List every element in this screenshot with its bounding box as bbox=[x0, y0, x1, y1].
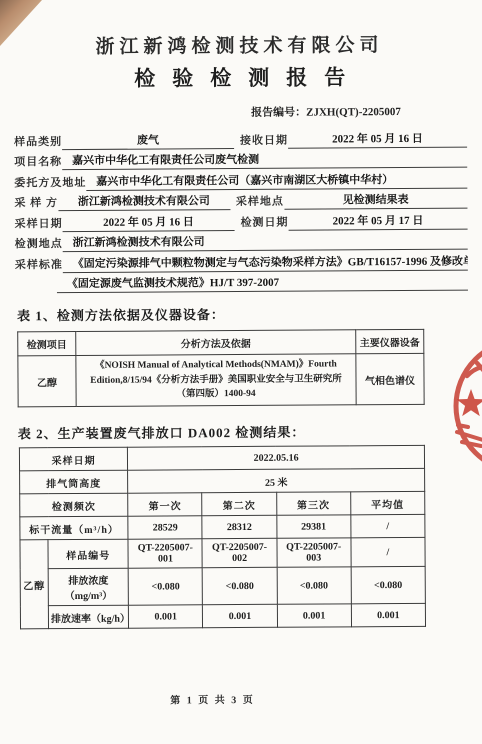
field-label: 采样地点 bbox=[236, 193, 284, 210]
sample-id-avg: / bbox=[351, 538, 425, 567]
table2-flow-row: 标干流量（m³/h） 28529 28312 29381 / bbox=[20, 515, 425, 540]
field-sampling-standard: 采样标准 《固定污染源排气中颗粒物测定与气态污染物采样方法》GB/T16157-… bbox=[15, 250, 468, 273]
concentration-avg: <0.080 bbox=[351, 567, 425, 604]
frequency-label: 检测频次 bbox=[20, 493, 128, 517]
flow-value-1: 28529 bbox=[128, 516, 202, 539]
concentration-label: 排放浓度（mg/m³） bbox=[48, 568, 128, 605]
rate-2: 0.001 bbox=[203, 604, 277, 627]
stack-height-label: 排气筒高度 bbox=[20, 470, 128, 494]
flow-value-2: 28312 bbox=[202, 515, 276, 538]
rate-label: 排放速率（kg/h） bbox=[48, 605, 128, 628]
table2-concentration-row: 排放浓度（mg/m³） <0.080 <0.080 <0.080 <0.080 bbox=[20, 567, 425, 606]
analyte-item-cell: 乙醇 bbox=[20, 540, 49, 629]
table1-header-item: 检测项目 bbox=[18, 332, 76, 356]
report-number-label: 报告编号： bbox=[251, 107, 306, 119]
field-value: 嘉兴市中华化工有限责任公司（嘉兴市南湖区大桥镇中华村） bbox=[86, 170, 467, 190]
field-testing-location: 检测地点 浙江新鸿检测技术有限公司 bbox=[15, 229, 468, 252]
table2-frequency-row: 检测频次 第一次 第二次 第三次 平均值 bbox=[20, 492, 425, 517]
field-sampling-date: 采样日期 2022 年 05 月 16 日 检测日期 2022 年 05 月 1… bbox=[14, 209, 467, 232]
field-value: 废气 bbox=[62, 131, 234, 150]
company-name: 浙江新鸿检测技术有限公司 bbox=[0, 30, 481, 60]
table1-header-instrument: 主要仪器设备 bbox=[356, 329, 424, 353]
field-value: 2022 年 05 月 16 日 bbox=[288, 129, 467, 148]
table1-methods-instruments: 检测项目 分析方法及依据 主要仪器设备 乙醇 《NOISH Manual of … bbox=[17, 329, 424, 408]
page-footer: 第 1 页 共 3 页 bbox=[2, 690, 422, 708]
field-label: 采样日期 bbox=[14, 215, 62, 232]
table1-method-cell: 《NOISH Manual of Analytical Methods(NMAM… bbox=[76, 354, 356, 407]
report-number-line: 报告编号：ZJXH(QT)-2205007 bbox=[0, 103, 401, 121]
flow-label: 标干流量（m³/h） bbox=[20, 516, 128, 540]
field-label: 项目名称 bbox=[14, 153, 62, 170]
field-value: 2022 年 05 月 16 日 bbox=[62, 213, 234, 232]
table1-title: 表 1、检测方法依据及仪器设备： bbox=[17, 303, 482, 325]
table2-stack-height-row: 排气筒高度 25 米 bbox=[20, 469, 425, 494]
table2-results-da002: 采样日期 2022.05.16 排气筒高度 25 米 检测频次 第一次 第二次 … bbox=[19, 445, 426, 629]
rate-3: 0.001 bbox=[277, 604, 351, 627]
scanned-report-page: { "header": { "company": "浙江新鸿检测技术有限公司",… bbox=[0, 0, 482, 744]
concentration-3: <0.080 bbox=[277, 567, 351, 604]
report-number-value: ZJXH(QT)-2205007 bbox=[306, 106, 401, 119]
field-value: 见检测结果表 bbox=[284, 191, 468, 210]
frequency-col-3: 第三次 bbox=[276, 492, 350, 515]
field-label: 采 样 方 bbox=[14, 194, 58, 211]
field-sampling-standard-cont: 《固定源废气监测技术规范》HJ/T 397-2007 bbox=[15, 270, 468, 293]
flow-value-avg: / bbox=[351, 515, 425, 538]
sampling-date-label: 采样日期 bbox=[19, 447, 127, 471]
table2-sample-id-row: 乙醇 样品编号 QT-2205007-001 QT-2205007-002 QT… bbox=[20, 538, 425, 569]
field-value: 嘉兴市中华化工有限责任公司废气检测 bbox=[62, 150, 467, 170]
table2-title: 表 2、生产装置废气排放口 DA002 检测结果： bbox=[18, 421, 482, 443]
report-content: 浙江新鸿检测技术有限公司 检验检测报告 报告编号：ZJXH(QT)-220500… bbox=[0, 0, 482, 744]
table1-header-method: 分析方法及依据 bbox=[76, 330, 356, 356]
sample-id-2: QT-2205007-002 bbox=[202, 538, 276, 567]
rate-1: 0.001 bbox=[129, 605, 203, 628]
field-value: 《固定源废气监测技术规范》HJ/T 397-2007 bbox=[57, 273, 468, 294]
rate-avg: 0.001 bbox=[351, 604, 425, 627]
field-label: 样品类别 bbox=[14, 133, 62, 150]
field-label: 检测地点 bbox=[15, 235, 63, 252]
field-value: 浙江新鸿检测技术有限公司 bbox=[63, 232, 468, 252]
field-value: 2022 年 05 月 17 日 bbox=[288, 211, 467, 230]
field-value: 浙江新鸿检测技术有限公司 bbox=[58, 192, 230, 211]
report-title: 检验检测报告 bbox=[0, 61, 481, 94]
table2-rate-row: 排放速率（kg/h） 0.001 0.001 0.001 0.001 bbox=[20, 604, 425, 629]
flow-value-3: 29381 bbox=[276, 515, 350, 538]
table1-item-cell: 乙醇 bbox=[18, 356, 76, 408]
concentration-2: <0.080 bbox=[203, 567, 277, 604]
stack-height-value: 25 米 bbox=[128, 469, 425, 494]
table1-header-row: 检测项目 分析方法及依据 主要仪器设备 bbox=[18, 329, 424, 355]
field-project-name: 项目名称 嘉兴市中华化工有限责任公司废气检测 bbox=[14, 147, 467, 170]
field-label: 委托方及地址 bbox=[14, 173, 86, 190]
table1-instrument-cell: 气相色谱仪 bbox=[356, 353, 424, 405]
header-fields: 样品类别 废气 接收日期 2022 年 05 月 16 日 项目名称 嘉兴市中华… bbox=[14, 127, 468, 294]
frequency-col-1: 第一次 bbox=[128, 493, 202, 516]
field-label: 采样标准 bbox=[15, 256, 63, 273]
sample-id-1: QT-2205007-001 bbox=[128, 539, 202, 568]
field-sampling-party: 采 样 方 浙江新鸿检测技术有限公司 采样地点 见检测结果表 bbox=[14, 188, 467, 211]
frequency-col-2: 第二次 bbox=[202, 492, 276, 515]
field-label: 接收日期 bbox=[240, 131, 288, 148]
field-value: 《固定污染源排气中颗粒物测定与气态污染物采样方法》GB/T16157-1996 … bbox=[63, 252, 468, 272]
concentration-1: <0.080 bbox=[128, 568, 202, 605]
field-label: 检测日期 bbox=[240, 213, 288, 230]
table2-sampling-date-row: 采样日期 2022.05.16 bbox=[19, 446, 424, 471]
sample-id-label: 样品编号 bbox=[48, 539, 128, 568]
frequency-col-avg: 平均值 bbox=[350, 492, 424, 515]
sample-id-3: QT-2205007-003 bbox=[277, 538, 351, 567]
field-sample-category: 样品类别 废气 接收日期 2022 年 05 月 16 日 bbox=[14, 127, 467, 150]
field-client-address: 委托方及地址 嘉兴市中华化工有限责任公司（嘉兴市南湖区大桥镇中华村） bbox=[14, 168, 467, 191]
table1-data-row: 乙醇 《NOISH Manual of Analytical Methods(N… bbox=[18, 353, 424, 407]
sampling-date-value: 2022.05.16 bbox=[128, 446, 425, 471]
